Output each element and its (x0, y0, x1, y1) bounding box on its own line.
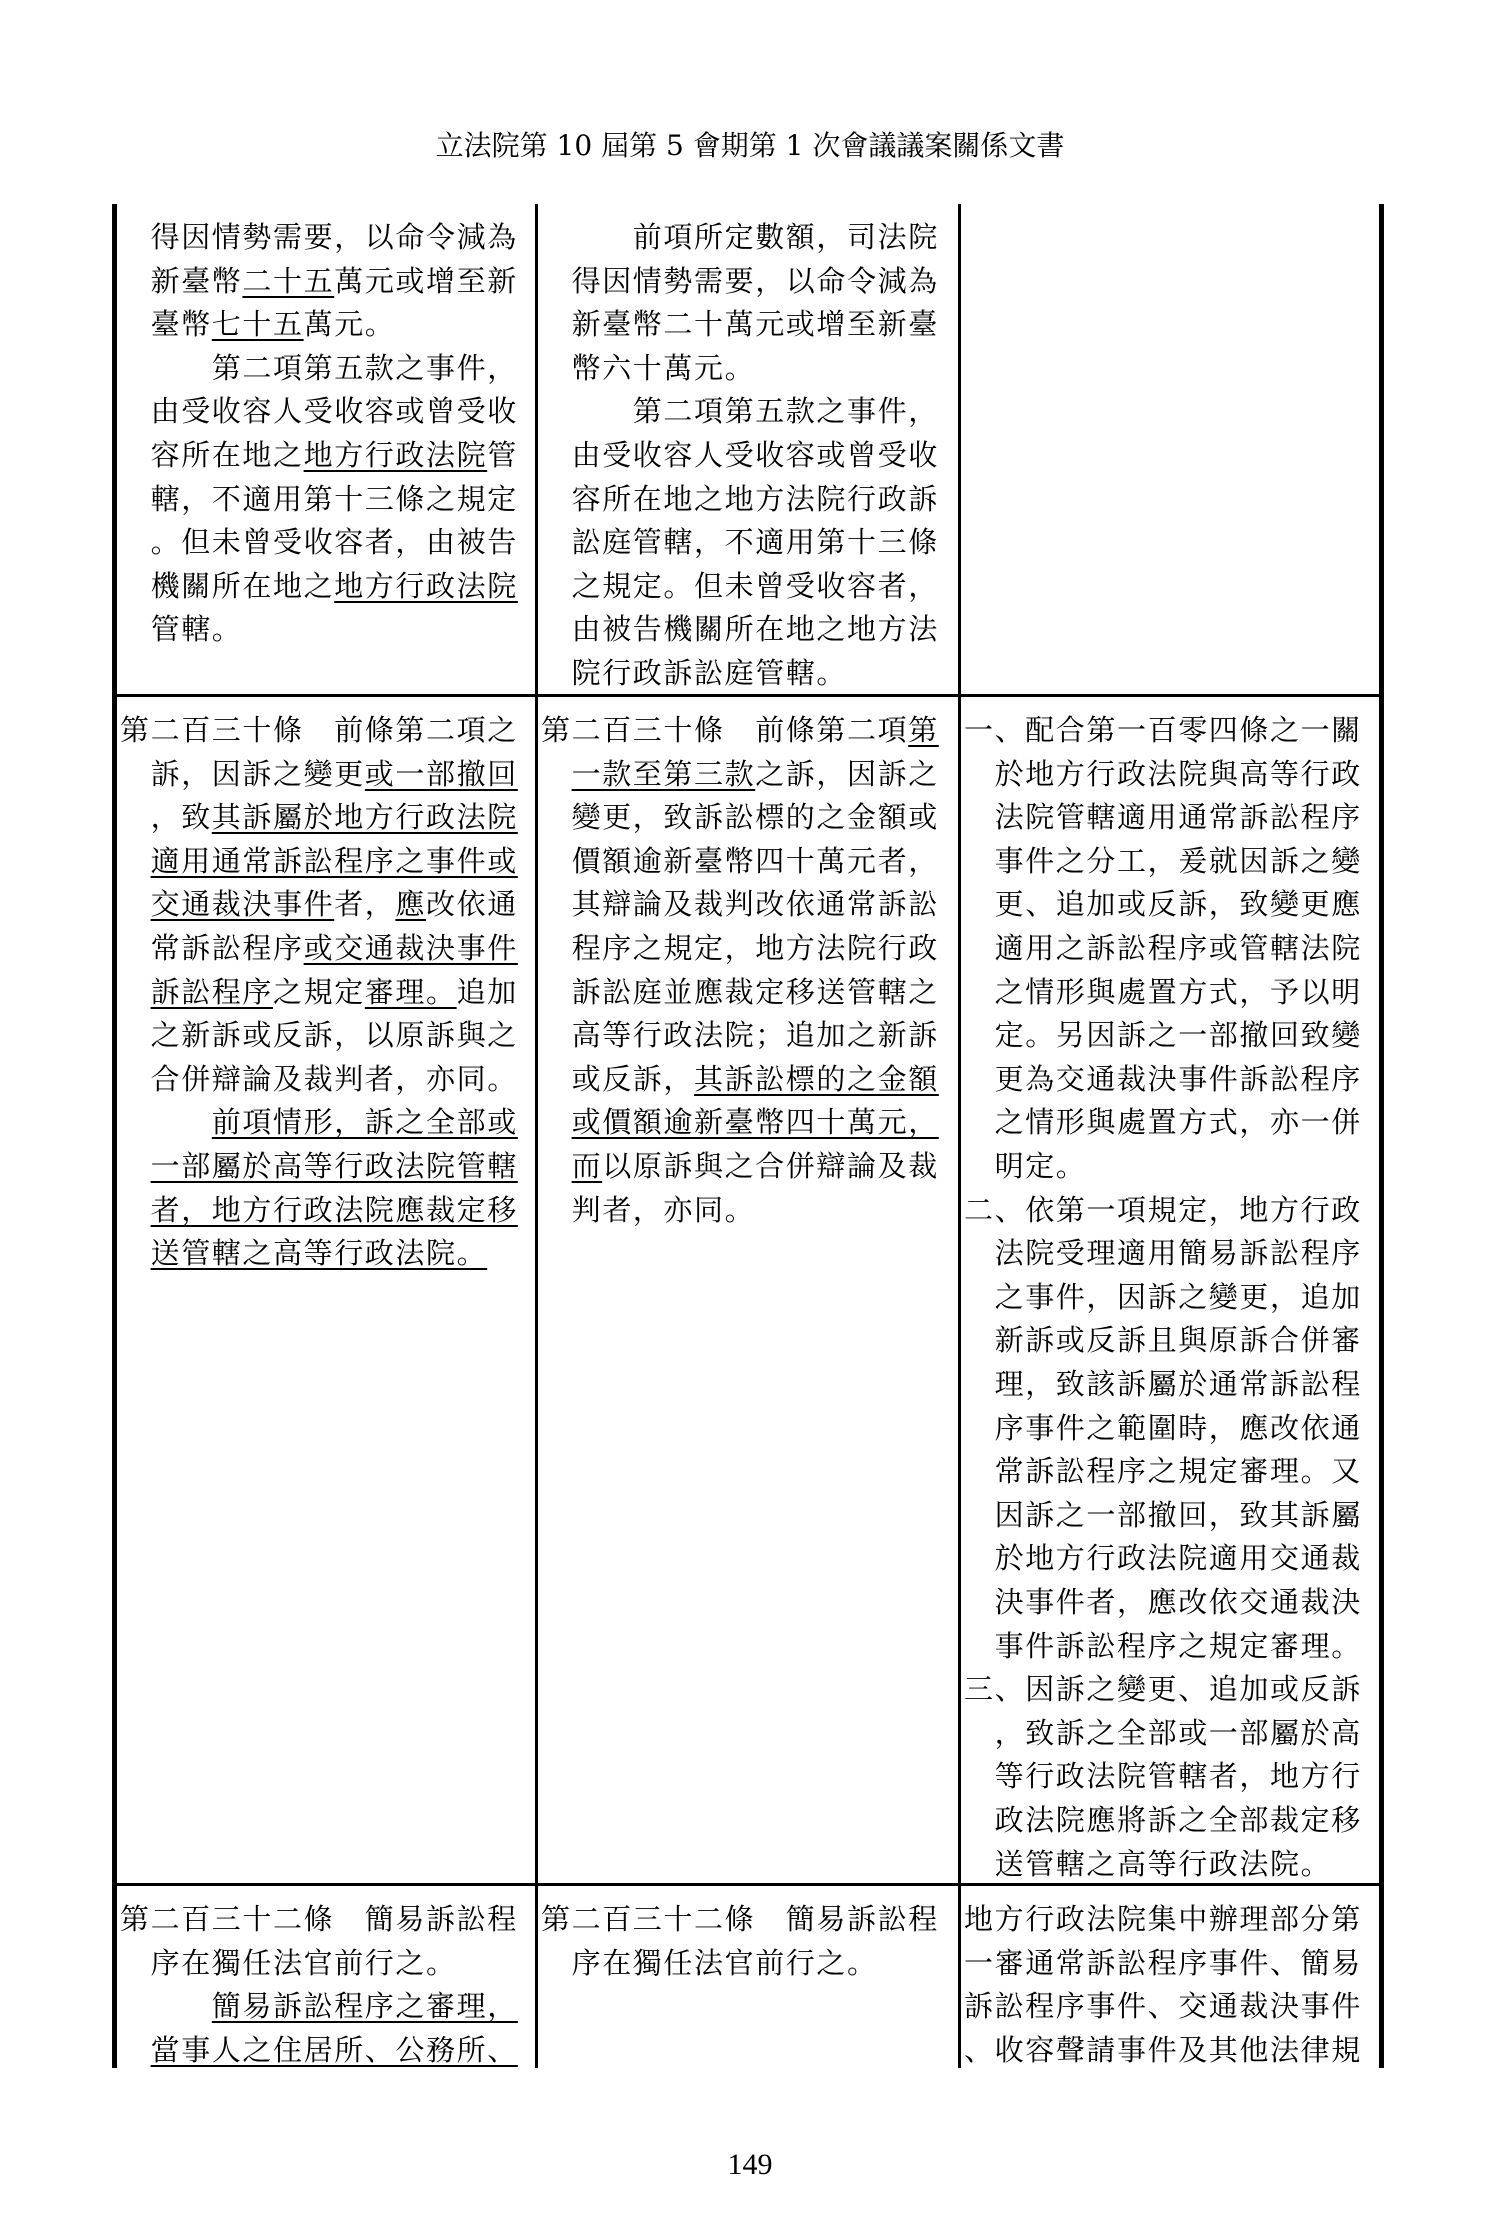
text-segment: 程序之規定，地方法院行政 (572, 931, 939, 965)
text-segment: 常訴訟程序之規定審理。又 (995, 1454, 1362, 1488)
text-segment: 第二百三十二條 簡易訴訟程 (541, 1902, 939, 1936)
cell-text-line: 序在獨任法官前行之。 (151, 1942, 457, 1986)
cell-text-line: 或價額逾新臺幣四十萬元， (572, 1101, 939, 1145)
cell-text-line: 新訴或反訴且與原訴合併審 (995, 1319, 1362, 1363)
text-segment: 追加 (457, 975, 518, 1009)
amended-text-underlined: 前項情形，訴之全部或 (212, 1105, 518, 1139)
amended-text-underlined: 適用通常訴訟程序之事件或 (151, 844, 518, 878)
text-segment: 地方行政法院集中辦理部分第 (964, 1902, 1362, 1936)
text-segment: 一審通常訴訟程序事件、簡易 (964, 1946, 1362, 1980)
text-segment: 序事件之範圍時，應改依通 (995, 1411, 1362, 1445)
amended-text-underlined: 其訴訟標的之金額 (694, 1062, 939, 1096)
amended-text-underlined: 一款至第三款 (572, 757, 756, 791)
amended-text-underlined: 二十五 (242, 264, 334, 298)
cell-text-line: 容所在地之地方行政法院管 (151, 434, 518, 478)
amended-text-underlined: 第 (908, 713, 939, 747)
text-segment: 法院受理適用簡易訴訟程序 (995, 1236, 1362, 1270)
amended-text-underlined: 審理。 (365, 975, 457, 1009)
cell-text-line: 交通裁決事件者，應改依通 (151, 883, 518, 927)
cell-text-line: 前項所定數額，司法院 (633, 216, 939, 260)
text-segment: ，致訴之全部或一部屬於高 (995, 1716, 1362, 1750)
table-border-left (112, 204, 117, 2068)
cell-text-line: 轄，不適用第十三條之規定 (151, 478, 518, 522)
cell-text-line: 之情形與處置方式，亦一併 (995, 1101, 1362, 1145)
text-segment: 合併辯論及裁判者，亦同。 (151, 1062, 518, 1096)
cell-text-line: 機關所在地之地方行政法院 (151, 565, 518, 609)
cell-text-line: 臺幣七十五萬元。 (151, 303, 396, 347)
text-segment: 決事件者，應改依交通裁決 (995, 1585, 1362, 1619)
cell-text-line: 第二百三十條 前條第二項之 (120, 709, 518, 753)
cell-text-line: 一部屬於高等行政法院管轄 (151, 1145, 518, 1189)
text-segment: 政法院應將訴之全部裁定移 (995, 1803, 1362, 1837)
cell-text-line: 之規定。但未曾受收容者， (572, 565, 939, 609)
cell-text-line: 訴訟庭並應裁定移送管轄之 (572, 971, 939, 1015)
text-segment: 事件之分工，爰就因訴之變 (995, 844, 1362, 878)
cell-text-line: 第二百三十二條 簡易訴訟程 (120, 1898, 518, 1942)
cell-text-line: 適用之訴訟程序或管轄法院 (995, 927, 1362, 971)
text-segment: 萬元或增至新 (334, 264, 518, 298)
amended-text-underlined: 當事人之住居所、公務所、 (151, 2033, 518, 2067)
cell-text-line: 容所在地之地方法院行政訴 (572, 478, 939, 522)
cell-text-line: 事件訴訟程序之規定審理。 (995, 1625, 1362, 1669)
cell-text-line: ，致訴之全部或一部屬於高 (995, 1712, 1362, 1756)
text-segment: 等行政法院管轄者，地方行 (995, 1759, 1362, 1793)
cell-text-line: 一款至第三款之訴，因訴之 (572, 753, 939, 797)
amended-text-underlined: 而 (572, 1149, 603, 1183)
amended-text-underlined: 簡易訴訟程序之審理， (212, 1989, 518, 2023)
page-number: 149 (0, 2148, 1500, 2182)
cell-text-line: 常訴訟程序或交通裁決事件 (151, 927, 518, 971)
text-segment: 新臺幣 (151, 264, 243, 298)
text-segment: 前項所定數額，司法院 (633, 220, 939, 254)
amended-text-underlined: 者，地方行政法院應裁定移 (151, 1193, 518, 1227)
cell-text-line: 地方行政法院集中辦理部分第 (964, 1898, 1362, 1942)
amended-text-underlined: 交通裁決事件 (151, 887, 335, 921)
text-segment: 一、配合第一百零四條之一關 (964, 713, 1362, 747)
amended-text-underlined: 七十五 (212, 307, 304, 341)
cell-text-line: 等行政法院管轄者，地方行 (995, 1755, 1362, 1799)
text-segment: 訟庭管轄，不適用第十三條 (572, 525, 939, 559)
text-segment: 臺幣 (151, 307, 212, 341)
cell-text-line: ，致其訴屬於地方行政法院 (151, 796, 518, 840)
text-segment: 管轄。 (151, 612, 243, 646)
cell-text-line: 一審通常訴訟程序事件、簡易 (964, 1942, 1362, 1986)
cell-text-line: 法院管轄適用通常訴訟程序 (995, 796, 1362, 840)
cell-text-line: 序在獨任法官前行之。 (572, 1942, 878, 1986)
cell-text-line: 合併辯論及裁判者，亦同。 (151, 1058, 518, 1102)
amended-text-underlined: 其訴屬於地方行政法院 (212, 800, 518, 834)
text-segment: 者， (334, 887, 395, 921)
text-segment: 轄，不適用第十三條之規定 (151, 482, 518, 516)
text-segment: 二、依第一項規定，地方行政 (964, 1193, 1362, 1227)
cell-text-line: 變更，致訴訟標的之金額或 (572, 796, 939, 840)
cell-text-line: 事件之分工，爰就因訴之變 (995, 840, 1362, 884)
text-segment: 容所在地之 (151, 438, 304, 472)
document-header: 立法院第 10 屆第 5 會期第 1 次會議議案關係文書 (0, 128, 1500, 164)
cell-text-line: 序事件之範圍時，應改依通 (995, 1407, 1362, 1451)
text-segment: 之規定。但未曾受收容者， (572, 569, 939, 603)
cell-text-line: 管轄。 (151, 608, 243, 652)
cell-text-line: 第二百三十二條 簡易訴訟程 (541, 1898, 939, 1942)
amended-text-underlined: 地方行政法院 (334, 569, 518, 603)
cell-text-line: 法院受理適用簡易訴訟程序 (995, 1232, 1362, 1276)
text-segment: 常訴訟程序 (151, 931, 304, 965)
cell-text-line: 、收容聲請事件及其他法律規 (964, 2029, 1362, 2073)
cell-text-line: 。但未曾受收容者，由被告 (151, 521, 518, 565)
cell-text-line: 理，致該訴屬於通常訴訟程 (995, 1363, 1362, 1407)
cell-text-line: 由受收容人受收容或曾受收 (572, 434, 939, 478)
text-segment: 院行政訴訟庭管轄。 (572, 656, 847, 690)
text-segment: 、收容聲請事件及其他法律規 (964, 2033, 1362, 2067)
text-segment: 於地方行政法院與高等行政 (995, 757, 1362, 791)
cell-text-line: 定。另因訴之一部撤回致變 (995, 1014, 1362, 1058)
cell-text-line: 之情形與處置方式，予以明 (995, 971, 1362, 1015)
cell-text-line: 者，地方行政法院應裁定移 (151, 1189, 518, 1233)
comparison-table: 得因情勢需要，以命令減為新臺幣二十五萬元或增至新臺幣七十五萬元。第二項第五款之事… (112, 204, 1384, 2068)
cell-text-line: 新臺幣二十萬元或增至新臺 (572, 303, 939, 347)
cell-text-line: 幣六十萬元。 (572, 347, 756, 391)
text-segment: 之規定 (273, 975, 365, 1009)
cell-text-line: 院行政訴訟庭管轄。 (572, 652, 847, 696)
amended-text-underlined: 送管轄之高等行政法院。 (151, 1236, 488, 1270)
amended-text-underlined: 應 (395, 887, 426, 921)
amended-text-underlined: 訴訟程序 (151, 975, 273, 1009)
cell-text-line: 明定。 (995, 1145, 1087, 1189)
cell-text-line: 送管轄之高等行政法院。 (151, 1232, 488, 1276)
text-segment: 適用之訴訟程序或管轄法院 (995, 931, 1362, 965)
cell-text-line: 決事件者，應改依交通裁決 (995, 1581, 1362, 1625)
text-segment: 序在獨任法官前行之。 (572, 1946, 878, 1980)
text-segment: 其辯論及裁判改依通常訴訟 (572, 887, 939, 921)
amended-text-underlined: 或交通裁決事件 (304, 931, 518, 965)
cell-text-line: 由被告機關所在地之地方法 (572, 608, 939, 652)
amended-text-underlined: 或一部撤回 (365, 757, 518, 791)
text-segment: 管 (487, 438, 518, 472)
text-segment: 於地方行政法院適用交通裁 (995, 1541, 1362, 1575)
table-border-right (1379, 204, 1384, 2068)
text-segment: 第二項第五款之事件， (633, 394, 939, 428)
cell-text-line: 程序之規定，地方法院行政 (572, 927, 939, 971)
text-segment: 之情形與處置方式，亦一併 (995, 1105, 1362, 1139)
text-segment: 。但未曾受收容者，由被告 (151, 525, 518, 559)
text-segment: 之事件，因訴之變更，追加 (995, 1280, 1362, 1314)
text-segment: 由被告機關所在地之地方法 (572, 612, 939, 646)
text-segment: 更、追加或反訴，致變更應 (995, 887, 1362, 921)
text-segment: 新臺幣二十萬元或增至新臺 (572, 307, 939, 341)
cell-text-line: 第二項第五款之事件， (633, 390, 939, 434)
cell-text-line: 得因情勢需要，以命令減為 (151, 216, 518, 260)
cell-text-line: 更為交通裁決事件訴訟程序 (995, 1058, 1362, 1102)
text-segment: 由受收容人受收容或曾受收 (572, 438, 939, 472)
cell-text-line: 於地方行政法院與高等行政 (995, 753, 1362, 797)
cell-text-line: 得因情勢需要，以命令減為 (572, 260, 939, 304)
text-segment: 第二百三十條 前條第二項之 (120, 713, 518, 747)
text-segment: 萬元。 (304, 307, 396, 341)
cell-text-line: 當事人之住居所、公務所、 (151, 2029, 518, 2073)
cell-text-line: 訴，因訴之變更或一部撤回 (151, 753, 518, 797)
cell-text-line: 二、依第一項規定，地方行政 (964, 1189, 1362, 1233)
cell-text-line: 價額逾新臺幣四十萬元者， (572, 840, 939, 884)
cell-text-line: 高等行政法院；追加之新訴 (572, 1014, 939, 1058)
text-segment: 容所在地之地方法院行政訴 (572, 482, 939, 516)
text-segment: 法院管轄適用通常訴訟程序 (995, 800, 1362, 834)
text-segment: 以原訴與之合併辯論及裁 (602, 1149, 939, 1183)
text-segment: 訴，因訴之變更 (151, 757, 365, 791)
text-segment: 得因情勢需要，以命令減為 (572, 264, 939, 298)
text-segment: 機關所在地之 (151, 569, 335, 603)
cell-text-line: 前項情形，訴之全部或 (212, 1101, 518, 1145)
cell-text-line: 第二百三十條 前條第二項第 (541, 709, 939, 753)
cell-text-line: 因訴之一部撤回，致其訴屬 (995, 1494, 1362, 1538)
text-segment: 明定。 (995, 1149, 1087, 1183)
column-divider-1 (535, 204, 538, 2068)
amended-text-underlined: 一部屬於高等行政法院管轄 (151, 1149, 518, 1183)
cell-text-line: 訟庭管轄，不適用第十三條 (572, 521, 939, 565)
cell-text-line: 一、配合第一百零四條之一關 (964, 709, 1362, 753)
text-segment: 第二百三十條 前條第二項 (541, 713, 908, 747)
amended-text-underlined: 或價額逾新臺幣四十萬元， (572, 1105, 939, 1139)
text-segment: 更為交通裁決事件訴訟程序 (995, 1062, 1362, 1096)
text-segment: 價額逾新臺幣四十萬元者， (572, 844, 939, 878)
cell-text-line: 或反訴，其訴訟標的之金額 (572, 1058, 939, 1102)
cell-text-line: 於地方行政法院適用交通裁 (995, 1537, 1362, 1581)
text-segment: 變更，致訴訟標的之金額或 (572, 800, 939, 834)
cell-text-line: 其辯論及裁判改依通常訴訟 (572, 883, 939, 927)
amended-text-underlined: 地方行政法院 (304, 438, 488, 472)
text-segment: 新訴或反訴且與原訴合併審 (995, 1323, 1362, 1357)
text-segment: 因訴之一部撤回，致其訴屬 (995, 1498, 1362, 1532)
text-segment: 送管轄之高等行政法院。 (995, 1847, 1332, 1881)
cell-text-line: 新臺幣二十五萬元或增至新 (151, 260, 518, 304)
cell-text-line: 而以原訴與之合併辯論及裁 (572, 1145, 939, 1189)
cell-text-line: 由受收容人受收容或曾受收 (151, 390, 518, 434)
cell-text-line: 第二項第五款之事件， (212, 347, 518, 391)
text-segment: 序在獨任法官前行之。 (151, 1946, 457, 1980)
cell-text-line: 訴訟程序之規定審理。追加 (151, 971, 518, 1015)
text-segment: 由受收容人受收容或曾受收 (151, 394, 518, 428)
text-segment: 之新訴或反訴，以原訴與之 (151, 1018, 518, 1052)
text-segment: 第二項第五款之事件， (212, 351, 518, 385)
text-segment: 訴訟庭並應裁定移送管轄之 (572, 975, 939, 1009)
text-segment: 幣六十萬元。 (572, 351, 756, 385)
text-segment: ，致 (151, 800, 212, 834)
cell-text-line: 之事件，因訴之變更，追加 (995, 1276, 1362, 1320)
cell-text-line: 政法院應將訴之全部裁定移 (995, 1799, 1362, 1843)
cell-text-line: 判者，亦同。 (572, 1189, 756, 1233)
text-segment: 理，致該訴屬於通常訴訟程 (995, 1367, 1362, 1401)
text-segment: 訴訟程序事件、交通裁決事件 (964, 1989, 1362, 2023)
cell-text-line: 更、追加或反訴，致變更應 (995, 883, 1362, 927)
text-segment: 高等行政法院；追加之新訴 (572, 1018, 939, 1052)
text-segment: 之訴，因訴之 (755, 757, 939, 791)
cell-text-line: 送管轄之高等行政法院。 (995, 1843, 1332, 1887)
text-segment: 定。另因訴之一部撤回致變 (995, 1018, 1362, 1052)
text-segment: 事件訴訟程序之規定審理。 (995, 1629, 1362, 1663)
text-segment: 三、因訴之變更、追加或反訴 (964, 1672, 1362, 1706)
cell-text-line: 適用通常訴訟程序之事件或 (151, 840, 518, 884)
text-segment: 第二百三十二條 簡易訴訟程 (120, 1902, 518, 1936)
cell-text-line: 簡易訴訟程序之審理， (212, 1985, 518, 2029)
column-divider-2 (958, 204, 961, 2068)
text-segment: 得因情勢需要，以命令減為 (151, 220, 518, 254)
cell-text-line: 三、因訴之變更、追加或反訴 (964, 1668, 1362, 1712)
cell-text-line: 訴訟程序事件、交通裁決事件 (964, 1985, 1362, 2029)
text-segment: 或反訴， (572, 1062, 694, 1096)
text-segment: 判者，亦同。 (572, 1193, 756, 1227)
text-segment: 之情形與處置方式，予以明 (995, 975, 1362, 1009)
cell-text-line: 之新訴或反訴，以原訴與之 (151, 1014, 518, 1058)
text-segment: 改依通 (426, 887, 518, 921)
cell-text-line: 常訴訟程序之規定審理。又 (995, 1450, 1362, 1494)
